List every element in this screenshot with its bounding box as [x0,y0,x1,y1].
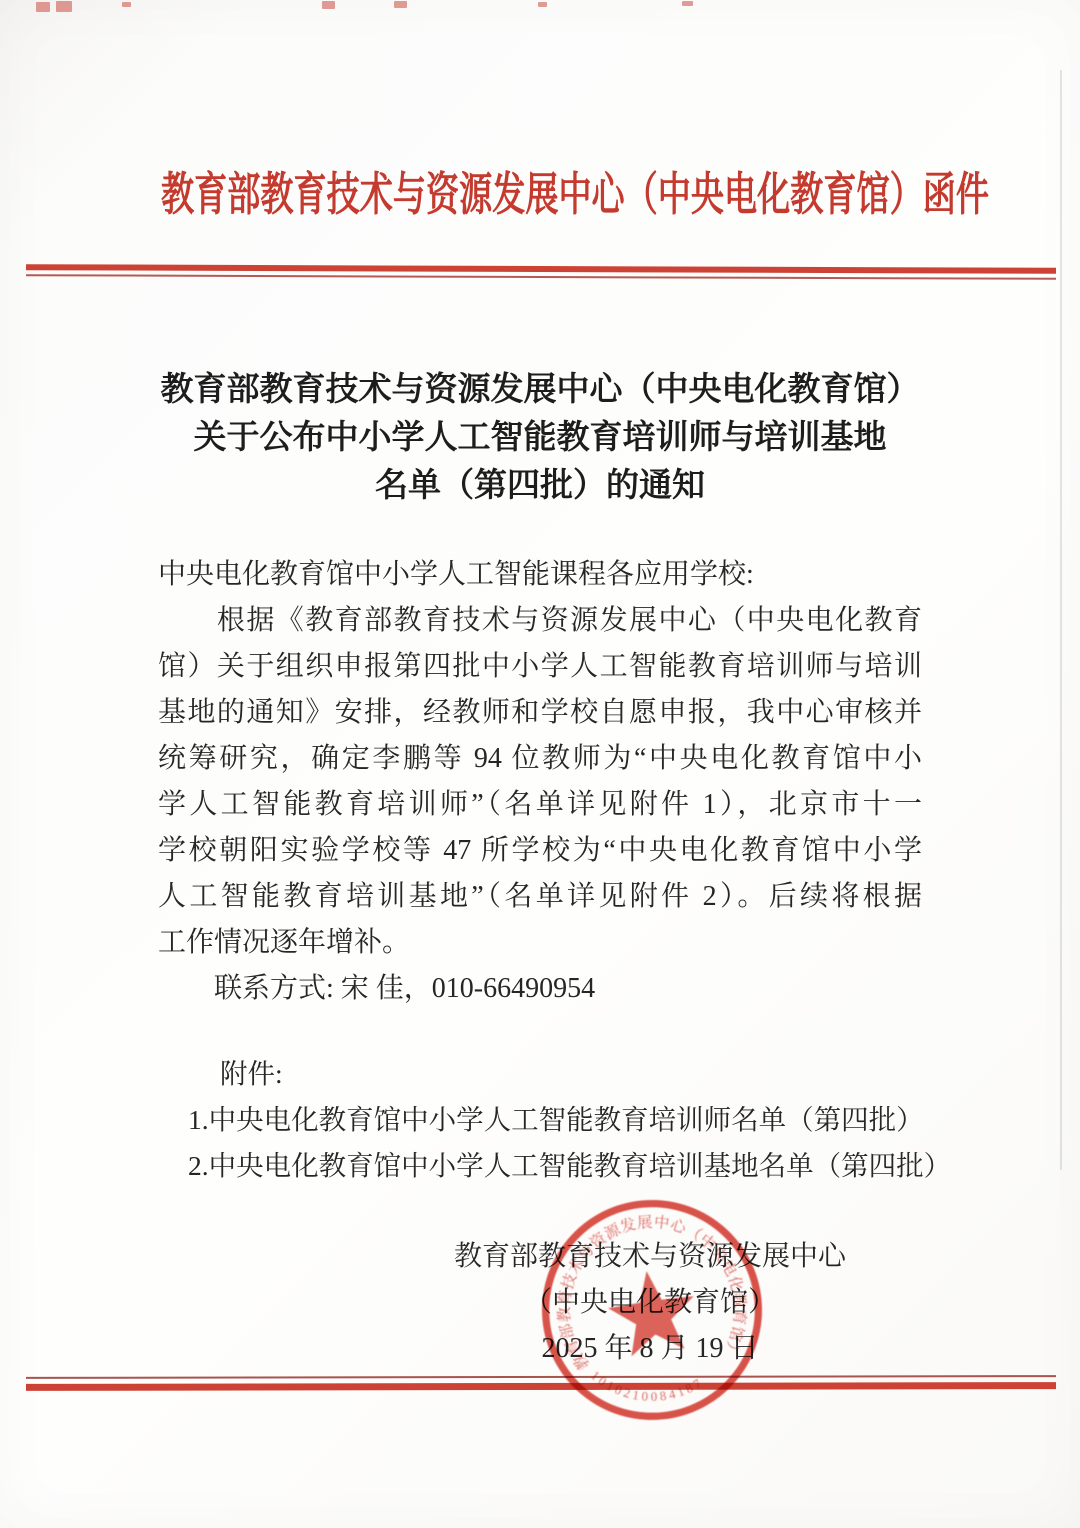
letterhead-title: 教育部教育技术与资源发展中心（中央电化教育馆）函件 [0,166,1080,224]
torn-glyph-artifact [538,2,547,7]
attachment-item: 1.中央电化教育馆中小学人工智能教育培训师名单（第四批） [188,1097,988,1143]
notice-title: 教育部教育技术与资源发展中心（中央电化教育馆）关于公布中小学人工智能教育培训师与… [0,366,1080,510]
attachments-list: 1.中央电化教育馆中小学人工智能教育培训师名单（第四批）2.中央电化教育馆中小学… [188,1097,988,1189]
body-text-line: 联系方式: 宋 佳，010-66490954 [158,966,922,1012]
body-text-line: 中央电化教育馆中小学人工智能课程各应用学校: [158,552,922,598]
notice-title-line: 教育部教育技术与资源发展中心（中央电化教育馆） [0,366,1080,414]
attachments-label: 附件: [220,1051,988,1097]
attachments-section: 附件: 1.中央电化教育馆中小学人工智能教育培训师名单（第四批）2.中央电化教育… [188,1051,988,1189]
notice-body: 中央电化教育馆中小学人工智能课程各应用学校: 根据《教育部教育技术与资源发展中心… [158,552,922,1012]
body-text-line: 人工智能教育培训基地”（名单详见附件 2）。后续将根据 [158,874,922,920]
notice-title-line: 关于公布中小学人工智能教育培训师与培训基地 [0,414,1080,462]
body-text-line: 统筹研究，确定李鹏等 94 位教师为“中央电化教育馆中小 [158,736,922,782]
body-text-line: 工作情况逐年增补。 [158,920,922,966]
body-text-line: 学校朝阳实验学校等 47 所学校为“中央电化教育馆中小学 [158,828,922,874]
torn-glyph-artifact [322,1,335,9]
header-divider-thin [26,274,1056,280]
torn-glyph-artifact [682,1,693,6]
torn-glyph-artifact [394,1,407,8]
torn-glyph-artifact [56,1,72,12]
official-seal: 教育部教育技术与资源发展中心（中央电化教育馆） 1010210084187 [510,1168,795,1453]
header-divider-thick [26,264,1056,274]
document-page: 教育部教育技术与资源发展中心（中央电化教育馆）函件 教育部教育技术与资源发展中心… [0,0,1080,1528]
body-text-line: 学人工智能教育培训师”（名单详见附件 1），北京市十一 [158,782,922,828]
seal-star-icon [604,1265,701,1358]
torn-glyph-artifact [36,2,50,12]
letterhead-title-text: 教育部教育技术与资源发展中心（中央电化教育馆）函件 [161,166,989,224]
body-text-line: 馆）关于组织申报第四批中小学人工智能教育培训师与培训 [158,644,922,690]
notice-title-line: 名单（第四批）的通知 [0,462,1080,510]
body-text-line: 基地的通知》安排，经教师和学校自愿申报，我中心审核并 [158,690,922,736]
body-text-line: 根据《教育部教育技术与资源发展中心（中央电化教育 [158,598,922,644]
attachment-item: 2.中央电化教育馆中小学人工智能教育培训基地名单（第四批） [188,1143,988,1189]
scan-edge-artifact [1060,70,1062,1170]
torn-glyph-artifact [122,2,131,7]
